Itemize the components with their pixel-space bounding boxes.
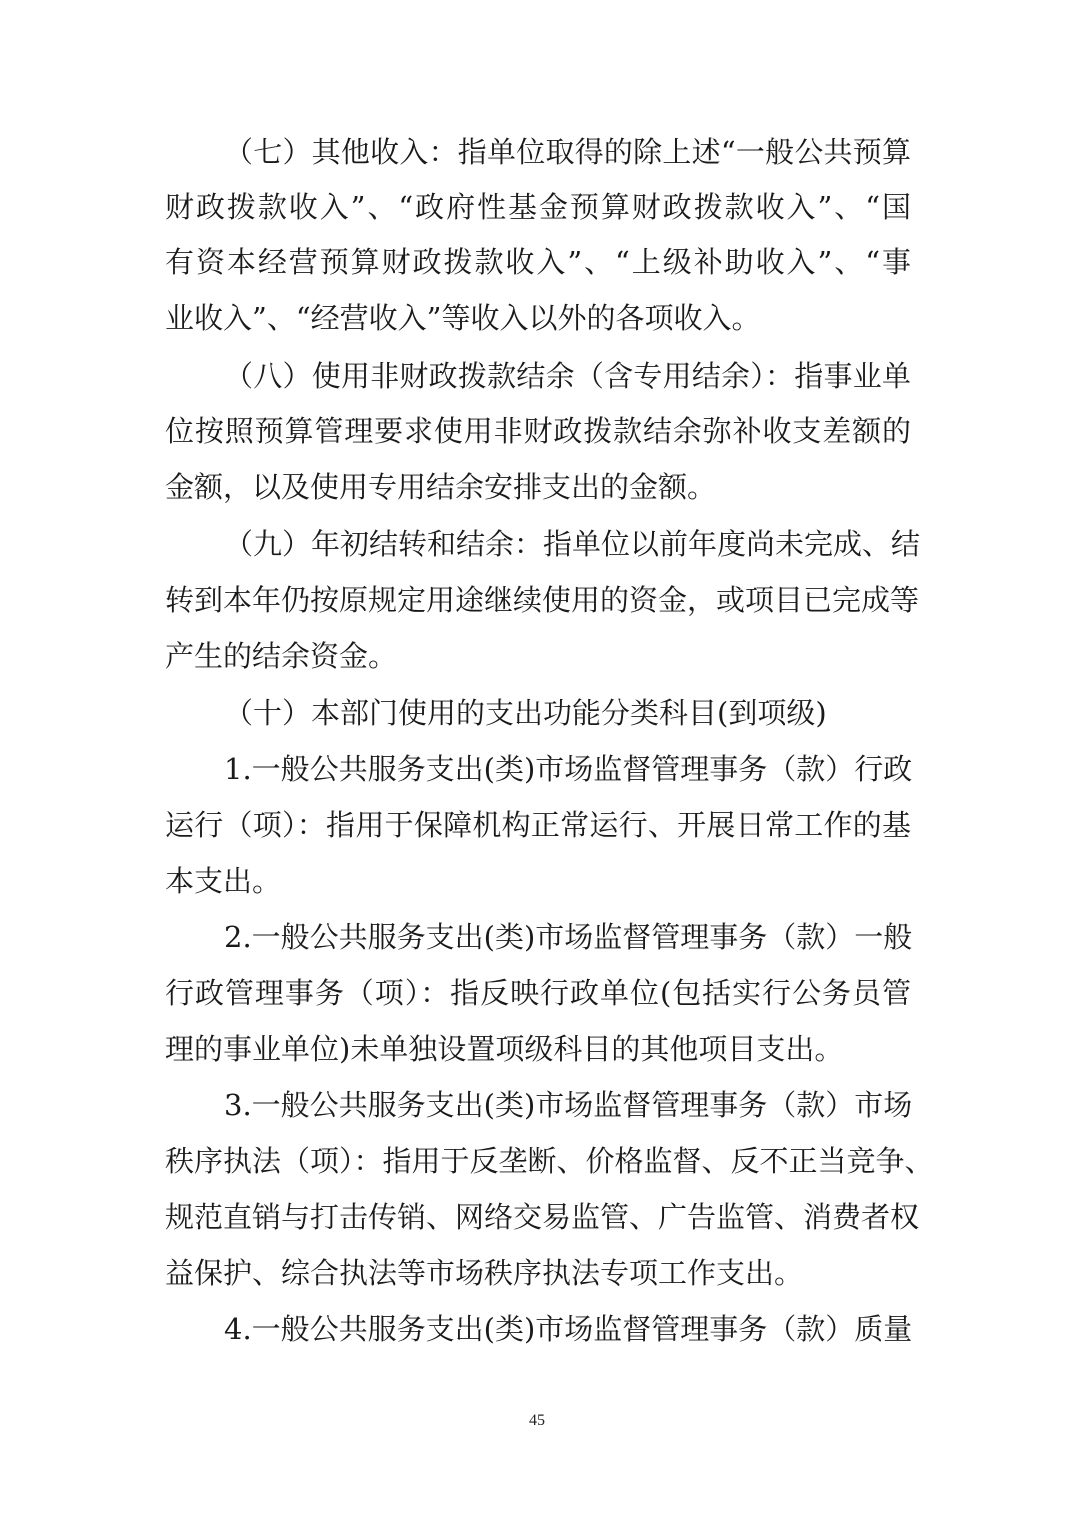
item-3-line-2: 秩序执法（项）：指用于反垄断、价格监督、反不正当竞争、 (165, 1141, 911, 1181)
paragraph-9-line-3: 产生的结余资金。 (165, 636, 911, 676)
paragraph-7-line-2: 财政拨款收入”、“政府性基金预算财政拨款收入”、“国 (165, 187, 911, 227)
paragraph-7-line-4: 业收入”、“经营收入”等收入以外的各项收入。 (165, 298, 911, 338)
page-number: 45 (0, 1412, 1074, 1430)
item-3-line-1: 3.一般公共服务支出(类)市场监督管理事务（款）市场 (224, 1085, 911, 1125)
item-4-line-1: 4.一般公共服务支出(类)市场监督管理事务（款）质量 (224, 1309, 911, 1349)
item-2-line-3: 理的事业单位)未单独设置项级科目的其他项目支出。 (165, 1029, 911, 1069)
paragraph-7-line-3: 有资本经营预算财政拨款收入”、“上级补助收入”、“事 (165, 242, 911, 282)
document-page: （七）其他收入：指单位取得的除上述“一般公共预算 财政拨款收入”、“政府性基金预… (0, 0, 1074, 1520)
paragraph-8-line-3: 金额，以及使用专用结余安排支出的金额。 (165, 467, 911, 507)
section-10-heading: （十）本部门使用的支出功能分类科目(到项级) (224, 693, 911, 733)
item-1-line-1: 1.一般公共服务支出(类)市场监督管理事务（款）行政 (224, 749, 911, 789)
paragraph-7-line-1: （七）其他收入：指单位取得的除上述“一般公共预算 (224, 132, 911, 172)
paragraph-9-line-1: （九）年初结转和结余：指单位以前年度尚未完成、结 (224, 524, 911, 564)
paragraph-8-line-2: 位按照预算管理要求使用非财政拨款结余弥补收支差额的 (165, 411, 911, 451)
item-1-line-2: 运行（项）：指用于保障机构正常运行、开展日常工作的基 (165, 805, 911, 845)
item-2-line-1: 2.一般公共服务支出(类)市场监督管理事务（款）一般 (224, 917, 911, 957)
item-1-line-3: 本支出。 (165, 861, 911, 901)
item-3-line-4: 益保护、综合执法等市场秩序执法专项工作支出。 (165, 1253, 911, 1293)
item-2-line-2: 行政管理事务（项）：指反映行政单位(包括实行公务员管 (165, 973, 911, 1013)
item-3-line-3: 规范直销与打击传销、网络交易监管、广告监管、消费者权 (165, 1197, 911, 1237)
paragraph-8-line-1: （八）使用非财政拨款结余（含专用结余）：指事业单 (224, 356, 911, 396)
paragraph-9-line-2: 转到本年仍按原规定用途继续使用的资金，或项目已完成等 (165, 580, 911, 620)
